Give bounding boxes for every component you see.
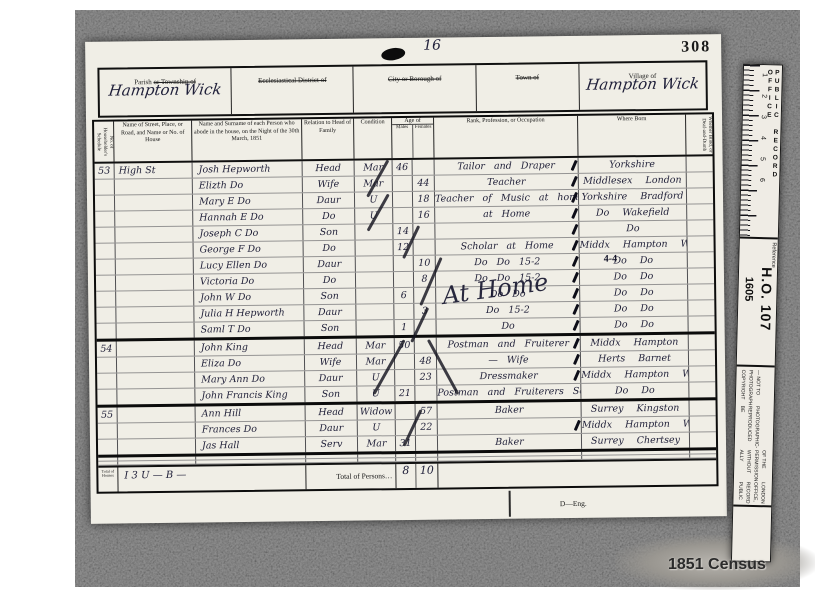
cell-schedule bbox=[97, 358, 117, 373]
cell-schedule bbox=[95, 212, 115, 227]
reference-label: Reference bbox=[740, 242, 777, 268]
total-females: 10 bbox=[416, 464, 438, 488]
reference-box: Reference H.O. 107 1605 bbox=[737, 239, 778, 368]
cell-relation: Wife bbox=[305, 355, 357, 371]
cell-condition: Mar bbox=[358, 436, 396, 451]
cell-occupation: Do bbox=[436, 318, 580, 335]
total-houses-box: Total of Houses bbox=[98, 468, 118, 492]
cell-age-male: 14 bbox=[393, 224, 413, 239]
census-scan: 308 16 Parish or Township of Hampton Wic… bbox=[0, 0, 822, 595]
cell-occupation: Do Do 15-2 bbox=[436, 254, 580, 271]
check-stroke bbox=[571, 192, 578, 203]
cell-blind bbox=[689, 334, 715, 349]
cell-street bbox=[117, 373, 195, 389]
cell-occupation: — Wife bbox=[437, 352, 581, 369]
ruler-copyright: COPYRIGHT PHOTOGRAPH— NOT TOBE REPRODUCE… bbox=[733, 367, 774, 508]
cell-name: Ann Hill bbox=[196, 405, 306, 421]
cell-born: Middx Hampton Wick bbox=[580, 237, 688, 253]
cell-age-female: 16 bbox=[413, 208, 435, 223]
cell-name: Mary Ann Do bbox=[195, 371, 305, 387]
cell-schedule bbox=[98, 462, 118, 465]
cell-age-male bbox=[393, 176, 413, 191]
cell-name: Julia H Hepworth bbox=[194, 305, 304, 321]
cell-street bbox=[115, 211, 193, 227]
cell-blind bbox=[690, 450, 716, 453]
cell-born: Do bbox=[579, 221, 687, 237]
cell-relation: Son bbox=[305, 387, 357, 403]
cell-name bbox=[196, 459, 306, 463]
cell-relation: Wife bbox=[303, 177, 355, 193]
cell-occupation: Baker bbox=[438, 434, 582, 451]
page-number: 308 bbox=[681, 38, 711, 56]
cell-age-female bbox=[416, 454, 438, 457]
cell-blind bbox=[687, 188, 713, 203]
cell-name: John Francis King bbox=[195, 387, 305, 403]
col-occupation: Rank, Profession, or Occupation bbox=[434, 116, 578, 158]
music-annotation: 4-4 bbox=[604, 253, 617, 264]
copyright-line: ALLY WITHOUT PERMISSION OF THE bbox=[736, 449, 771, 481]
cell-born: Do Do bbox=[581, 383, 689, 399]
cell-occupation: Baker bbox=[438, 402, 582, 419]
cell-street bbox=[116, 259, 194, 275]
cell-age-female: 22 bbox=[416, 420, 438, 435]
cell-street bbox=[115, 195, 193, 211]
cell-blind bbox=[687, 220, 713, 235]
cell-blind bbox=[688, 284, 714, 299]
header-field-village: Village of Hampton Wick bbox=[579, 62, 706, 110]
total-persons-label: Total of Persons… bbox=[306, 464, 396, 489]
cell-age-female: 10 bbox=[414, 256, 436, 271]
cell-occupation: Tailor and Draper bbox=[435, 158, 579, 175]
cell-street bbox=[115, 179, 193, 195]
cell-born: Yorkshire Bradford bbox=[579, 189, 687, 205]
cell-street bbox=[117, 389, 195, 405]
cell-relation: Daur bbox=[304, 305, 356, 321]
col-name: Name and Surname of each Person who abod… bbox=[192, 119, 302, 160]
census-table-header: No. of Householder's Schedule Name of St… bbox=[94, 114, 712, 164]
cell-relation: Head bbox=[303, 161, 355, 177]
cell-blind bbox=[690, 432, 716, 447]
cell-age-male: 6 bbox=[394, 288, 414, 303]
cell-born: Do Do bbox=[580, 301, 688, 317]
cell-condition bbox=[355, 224, 393, 239]
cell-relation: Do bbox=[304, 273, 356, 289]
col-blind: Whether Blind, or Deaf-and-Dumb bbox=[686, 114, 712, 154]
cell-age-male bbox=[394, 272, 414, 287]
col-schedule: No. of Householder's Schedule bbox=[94, 122, 114, 162]
ink-blot bbox=[380, 46, 406, 61]
cell-relation: Son bbox=[305, 321, 357, 337]
cell-occupation bbox=[438, 418, 582, 435]
cell-name: Saml T Do bbox=[195, 321, 305, 337]
cell-street bbox=[115, 227, 193, 243]
cell-relation: Head bbox=[305, 339, 357, 355]
cell-name: John W Do bbox=[194, 289, 304, 305]
cell-relation: Daur bbox=[304, 257, 356, 273]
cell-relation: Daur bbox=[305, 371, 357, 387]
totals-pointer-line bbox=[509, 491, 511, 517]
form-header-band: Parish or Township of Hampton Wick Eccle… bbox=[97, 60, 708, 117]
cell-age-female bbox=[416, 458, 438, 461]
cell-age-female: 18 bbox=[413, 192, 435, 207]
ruler-blank bbox=[732, 506, 771, 561]
cell-name: John King bbox=[195, 339, 305, 355]
col-age-females: Females bbox=[413, 125, 433, 158]
cell-street bbox=[116, 291, 194, 307]
field-label-struck: City or Borough of bbox=[388, 75, 442, 84]
cell-born: Middx Hampton Wick bbox=[581, 367, 689, 383]
reference-value: H.O. 107 bbox=[758, 267, 776, 331]
cell-relation: Daur bbox=[303, 193, 355, 209]
public-record-office-label: PUBLIC RECORD OFFICE bbox=[763, 69, 781, 235]
cell-schedule bbox=[95, 228, 115, 243]
cell-schedule bbox=[98, 440, 118, 455]
check-stroke bbox=[571, 224, 578, 235]
cell-age-male bbox=[396, 454, 416, 457]
cell-age-male bbox=[396, 404, 416, 419]
cell-schedule bbox=[96, 276, 116, 291]
cell-born: Middlesex London bbox=[579, 173, 687, 189]
cell-street bbox=[117, 323, 195, 339]
cell-blind bbox=[688, 300, 714, 315]
cell-blind bbox=[689, 382, 715, 397]
cell-born: Do Wakefield bbox=[579, 205, 687, 221]
col-street: Name of Street, Place, or Road, and Name… bbox=[114, 121, 192, 162]
cell-born: Yorkshire bbox=[579, 157, 687, 173]
cell-name: Josh Hepworth bbox=[193, 161, 303, 177]
header-field-ecclesiastical: Ecclesiastical District of bbox=[231, 67, 354, 114]
cell-blind bbox=[690, 454, 716, 457]
cell-born: Surrey Chertsey bbox=[582, 433, 690, 449]
cell-relation: Son bbox=[303, 225, 355, 241]
cell-age-male: 21 bbox=[395, 386, 415, 401]
cell-age-male: 1 bbox=[395, 320, 415, 335]
cell-blind bbox=[688, 236, 714, 251]
cell-name: Eliza Do bbox=[195, 355, 305, 371]
cell-name: Jas Hall bbox=[196, 437, 306, 453]
cell-condition: U bbox=[358, 420, 396, 435]
cell-age-male bbox=[395, 370, 415, 385]
cell-schedule: 53 bbox=[95, 164, 115, 179]
cell-born: Do Do bbox=[580, 253, 688, 269]
cell-age-male bbox=[396, 458, 416, 461]
cell-schedule: 54 bbox=[97, 342, 117, 357]
header-field-parish: Parish or Township of Hampton Wick bbox=[99, 68, 232, 116]
check-stroke bbox=[573, 320, 580, 331]
cell-occupation bbox=[435, 222, 579, 239]
check-stroke bbox=[571, 160, 578, 171]
ruler-scale: 123456 PUBLIC RECORD OFFICE bbox=[740, 65, 782, 240]
col-born: Where Born bbox=[578, 115, 686, 156]
check-stroke bbox=[571, 208, 578, 219]
cell-born: Middx Hampton bbox=[581, 335, 689, 351]
cell-blind bbox=[688, 252, 714, 267]
cell-age-female: 23 bbox=[415, 370, 437, 385]
census-page: 308 16 Parish or Township of Hampton Wic… bbox=[85, 34, 727, 524]
census-table-body: 53 High St Josh Hepworth Head Mar 46 Tai… bbox=[95, 156, 717, 466]
cell-blind bbox=[687, 172, 713, 187]
check-stroke bbox=[572, 304, 579, 315]
total-males: 8 bbox=[396, 464, 416, 488]
cell-street bbox=[118, 461, 196, 465]
cell-blind bbox=[687, 156, 713, 171]
cell-age-female: 44 bbox=[413, 176, 435, 191]
cell-age-female: 48 bbox=[415, 354, 437, 369]
cell-relation: Daur bbox=[306, 421, 358, 437]
cell-born: Middx Hampton Wick bbox=[582, 417, 690, 433]
cell-schedule bbox=[96, 260, 116, 275]
copyright-line: PUBLIC RECORD OFFICE, LONDON bbox=[735, 482, 770, 504]
cell-condition bbox=[356, 288, 394, 303]
cell-blind bbox=[687, 204, 713, 219]
cell-name: Victoria Do bbox=[194, 273, 304, 289]
cell-age-male bbox=[393, 208, 413, 223]
check-stroke bbox=[573, 370, 580, 381]
copyright-line: BE REPRODUCED PHOTOGRAPHIC- bbox=[737, 406, 772, 449]
cell-relation bbox=[306, 459, 358, 463]
cell-condition bbox=[357, 320, 395, 335]
cell-condition: Mar bbox=[357, 338, 395, 353]
cell-condition bbox=[356, 272, 394, 287]
totals-empty bbox=[438, 460, 716, 487]
check-stroke bbox=[573, 338, 580, 349]
cell-age-female bbox=[415, 386, 437, 401]
cell-schedule bbox=[97, 390, 117, 405]
cell-relation: Son bbox=[304, 289, 356, 305]
cell-name: Lucy Ellen Do bbox=[194, 257, 304, 273]
cell-street bbox=[118, 407, 196, 423]
cell-blind bbox=[689, 366, 715, 381]
cell-street bbox=[118, 439, 196, 455]
cell-blind bbox=[688, 316, 714, 331]
cell-occupation: Teacher of Music at home bbox=[435, 190, 579, 207]
check-stroke bbox=[574, 420, 581, 431]
village-value: Hampton Wick bbox=[578, 74, 707, 94]
cell-name: George F Do bbox=[194, 241, 304, 257]
cell-schedule bbox=[95, 180, 115, 195]
cell-schedule bbox=[97, 324, 117, 339]
check-stroke bbox=[572, 288, 579, 299]
piece-number: 1605 bbox=[742, 277, 755, 302]
census-table: No. of Householder's Schedule Name of St… bbox=[92, 112, 719, 494]
cell-name: Joseph C Do bbox=[193, 225, 303, 241]
cell-born: Do Do bbox=[580, 269, 688, 285]
check-stroke bbox=[572, 272, 579, 283]
cell-age-female bbox=[413, 160, 435, 175]
cell-born: Do Do bbox=[580, 285, 688, 301]
cell-condition bbox=[356, 240, 394, 255]
cell-relation: Do bbox=[304, 241, 356, 257]
cell-occupation bbox=[438, 456, 582, 461]
cell-relation: Do bbox=[303, 209, 355, 225]
cell-blind bbox=[690, 400, 716, 415]
col-relation: Relation to Head of Family bbox=[302, 119, 354, 160]
folio-note: 16 bbox=[423, 38, 441, 54]
field-label-struck: Town of bbox=[516, 73, 540, 81]
cell-occupation: Dressmaker bbox=[437, 368, 581, 385]
col-age-males: Males bbox=[392, 125, 413, 158]
check-stroke bbox=[573, 354, 580, 365]
cell-born bbox=[582, 455, 690, 459]
cell-age-female bbox=[416, 436, 438, 451]
total-houses-values: I 3 U — B — bbox=[118, 465, 306, 491]
cell-condition: U bbox=[357, 370, 395, 385]
cell-age-male: 46 bbox=[393, 160, 413, 175]
cell-relation: Head bbox=[306, 405, 358, 421]
cell-relation: Serv bbox=[306, 437, 358, 453]
header-field-borough: City or Borough of bbox=[354, 65, 477, 112]
cell-age-male bbox=[394, 304, 414, 319]
cell-street: High St bbox=[115, 163, 193, 179]
cell-age-male bbox=[395, 354, 415, 369]
cell-born: Surrey Kingston bbox=[582, 401, 690, 417]
cell-condition: Widow bbox=[358, 404, 396, 419]
cell-occupation: at Home bbox=[435, 206, 579, 223]
cell-schedule bbox=[97, 374, 117, 389]
cell-street bbox=[116, 243, 194, 259]
cell-schedule bbox=[96, 308, 116, 323]
col-condition: Condition bbox=[354, 118, 392, 158]
cell-condition bbox=[356, 304, 394, 319]
cell-schedule: 55 bbox=[98, 408, 118, 423]
cell-age-male bbox=[393, 192, 413, 207]
field-label-struck: Ecclesiastical District of bbox=[258, 76, 327, 85]
footer-mark: D—Eng. bbox=[560, 499, 587, 508]
cell-schedule bbox=[96, 244, 116, 259]
check-stroke bbox=[572, 240, 579, 251]
cell-born: Herts Barnet bbox=[581, 351, 689, 367]
cell-street bbox=[118, 423, 196, 439]
cell-condition bbox=[358, 458, 396, 461]
cell-occupation: Scholar at Home bbox=[436, 238, 580, 255]
col-age: Age of Males Females bbox=[392, 118, 434, 159]
cell-blind bbox=[688, 268, 714, 283]
cell-name: Elizth Do bbox=[193, 177, 303, 193]
cell-schedule bbox=[98, 424, 118, 439]
header-field-town: Town of bbox=[476, 64, 580, 111]
check-stroke bbox=[572, 256, 579, 267]
cell-schedule bbox=[98, 458, 118, 461]
cell-street bbox=[116, 275, 194, 291]
cell-occupation: Teacher bbox=[435, 174, 579, 191]
copyright-line: COPYRIGHT PHOTOGRAPH— NOT TO bbox=[738, 370, 773, 406]
check-stroke bbox=[571, 176, 578, 187]
cell-born: Do Do bbox=[580, 317, 688, 333]
cell-condition bbox=[358, 454, 396, 457]
cell-street bbox=[117, 357, 195, 373]
cell-name: Hannah E Do bbox=[193, 209, 303, 225]
census-watermark: 1851 Census bbox=[668, 556, 766, 574]
cell-schedule bbox=[96, 292, 116, 307]
cell-blind bbox=[689, 350, 715, 365]
cell-street bbox=[117, 341, 195, 357]
cell-condition bbox=[356, 256, 394, 271]
cell-age-female bbox=[414, 240, 436, 255]
cell-name: Frances Do bbox=[196, 421, 306, 437]
cell-blind bbox=[690, 416, 716, 431]
cell-schedule bbox=[95, 196, 115, 211]
cell-occupation: Postman and Fruiterer bbox=[437, 336, 581, 353]
cell-street bbox=[116, 307, 194, 323]
cell-name: Mary E Do bbox=[193, 193, 303, 209]
parish-value: Hampton Wick bbox=[99, 80, 232, 100]
